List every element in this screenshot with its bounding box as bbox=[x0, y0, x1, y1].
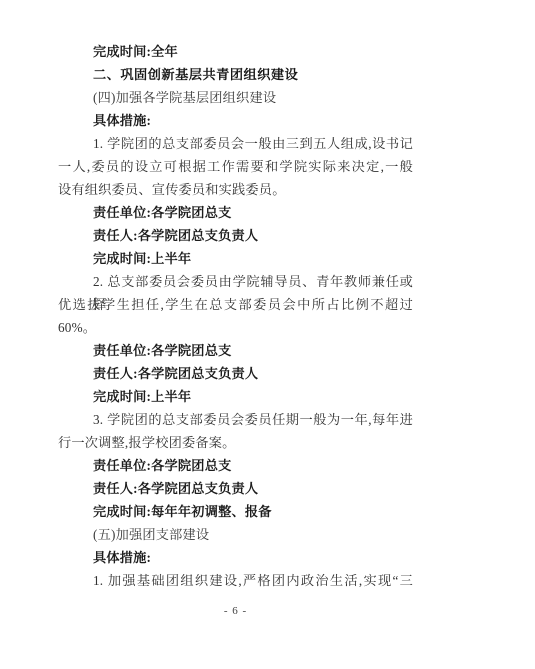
completion-time-line: 完成时间:每年年初调整、报备 bbox=[58, 500, 413, 523]
item-1-line-3: 设有组织委员、宣传委员和实践委员。 bbox=[58, 178, 413, 201]
item-2-line-3: 60%。 bbox=[58, 316, 413, 339]
item-3-line-2: 行一次调整,报学校团委备案。 bbox=[58, 431, 413, 454]
responsible-unit-line: 责任单位:各学院团总支 bbox=[58, 201, 413, 224]
document-body: 完成时间:全年 二、巩固创新基层共青团组织建设 (四)加强各学院基层团组织建设 … bbox=[58, 0, 413, 623]
measures-label: 具体措施: bbox=[58, 109, 413, 132]
responsible-unit-line: 责任单位:各学院团总支 bbox=[58, 454, 413, 477]
item-3-line-1: 3. 学院团的总支部委员会委员任期一般为一年,每年进 bbox=[58, 408, 413, 431]
measures-label: 具体措施: bbox=[58, 546, 413, 569]
document-page: 完成时间:全年 二、巩固创新基层共青团组织建设 (四)加强各学院基层团组织建设 … bbox=[0, 0, 535, 669]
responsible-person-line: 责任人:各学院团总支负责人 bbox=[58, 362, 413, 385]
completion-time-line: 完成时间:上半年 bbox=[58, 247, 413, 270]
page-number: - 6 - bbox=[58, 600, 413, 623]
subsection-5-heading: (五)加强团支部建设 bbox=[58, 523, 413, 546]
completion-time-line: 完成时间:全年 bbox=[58, 40, 413, 63]
item-2-line-1: 2. 总支部委员会委员由学院辅导员、青年教师兼任或择 bbox=[58, 270, 413, 293]
section-2-heading: 二、巩固创新基层共青团组织建设 bbox=[58, 63, 413, 86]
item-1-line-1: 1. 加强基础团组织建设,严格团内政治生活,实现“三 bbox=[58, 569, 413, 592]
subsection-4-heading: (四)加强各学院基层团组织建设 bbox=[58, 86, 413, 109]
completion-time-line: 完成时间:上半年 bbox=[58, 385, 413, 408]
item-1-line-1: 1. 学院团的总支部委员会一般由三到五人组成,设书记 bbox=[58, 132, 413, 155]
item-1-line-2: 一人,委员的设立可根据工作需要和学院实际来决定,一般 bbox=[58, 155, 413, 178]
responsible-person-line: 责任人:各学院团总支负责人 bbox=[58, 224, 413, 247]
responsible-person-line: 责任人:各学院团总支负责人 bbox=[58, 477, 413, 500]
responsible-unit-line: 责任单位:各学院团总支 bbox=[58, 339, 413, 362]
item-2-line-2: 优选拔学生担任,学生在总支部委员会中所占比例不超过 bbox=[58, 293, 413, 316]
